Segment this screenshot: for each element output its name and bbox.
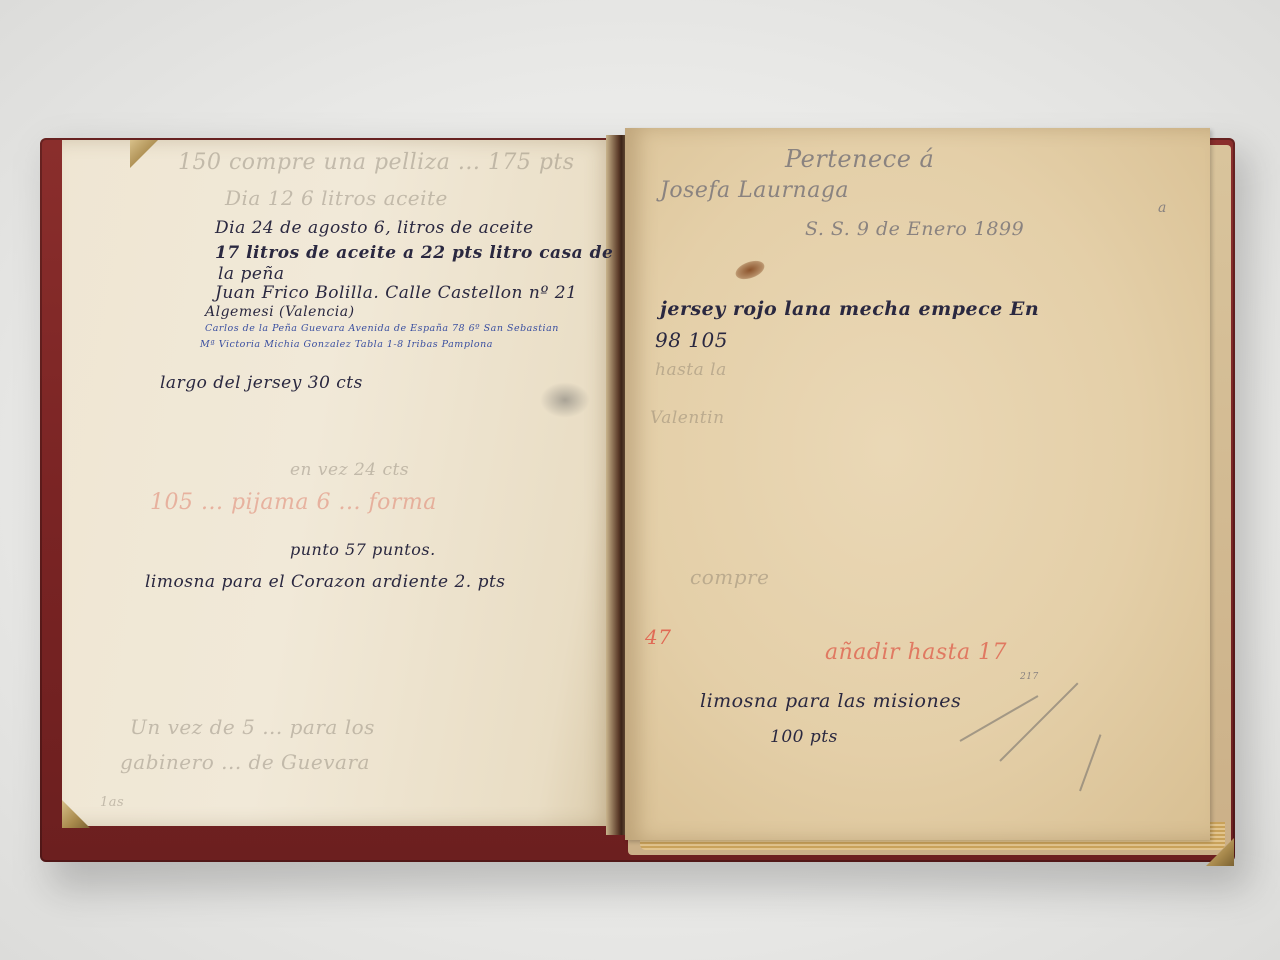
faint-line: gabinero ... de Guevara xyxy=(120,750,370,774)
blue-address-line: Carlos de la Peña Guevara Avenida de Esp… xyxy=(205,323,559,334)
dedication-date: S. S. 9 de Enero 1899 xyxy=(805,218,1024,240)
handwritten-line: la peña xyxy=(218,264,285,284)
handwritten-line: 17 litros de aceite a 22 pts litro casa … xyxy=(215,243,613,263)
measurement-note: largo del jersey 30 cts xyxy=(160,373,363,393)
donation-amount: 100 pts xyxy=(770,727,838,747)
red-number: 47 xyxy=(645,625,671,649)
numbers-note: 98 105 xyxy=(655,328,728,352)
blue-address-line: Mª Victoria Michia Gonzalez Tabla 1-8 Ir… xyxy=(200,339,493,350)
donation-note: limosna para el Corazon ardiente 2. pts xyxy=(145,572,506,592)
handwritten-line: Dia 24 de agosto 6, litros de aceite xyxy=(215,218,534,238)
margin-letter: a xyxy=(1158,200,1167,216)
corner-note: 1as xyxy=(100,795,124,810)
owner-name: Josefa Laurnaga xyxy=(660,178,849,203)
ownership-heading: Pertenece á xyxy=(785,145,934,173)
stitch-count: punto 57 puntos. xyxy=(290,540,436,559)
faint-line: Dia 12 6 litros aceite xyxy=(225,186,448,210)
handwritten-line: Algemesi (Valencia) xyxy=(205,304,355,320)
jersey-note: jersey rojo lana mecha empece En xyxy=(660,298,1039,320)
faint-line: Un vez de 5 ... para los xyxy=(130,715,375,739)
faint-word: compre xyxy=(690,565,769,589)
red-faint-line: 105 ... pijama 6 ... forma xyxy=(150,490,437,515)
faint-line: 150 compre una pelliza ... 175 pts xyxy=(178,150,575,175)
faint-word: hasta la xyxy=(655,360,727,380)
faint-line: en vez 24 cts xyxy=(290,460,409,480)
red-note: añadir hasta 17 xyxy=(825,640,1007,665)
smudge xyxy=(540,382,590,418)
tiny-number: 217 xyxy=(1020,672,1039,682)
donation-note: limosna para las misiones xyxy=(700,690,961,712)
handwritten-line: Juan Frico Bolilla. Calle Castellon nº 2… xyxy=(215,283,577,303)
faint-word: Valentin xyxy=(650,408,725,428)
